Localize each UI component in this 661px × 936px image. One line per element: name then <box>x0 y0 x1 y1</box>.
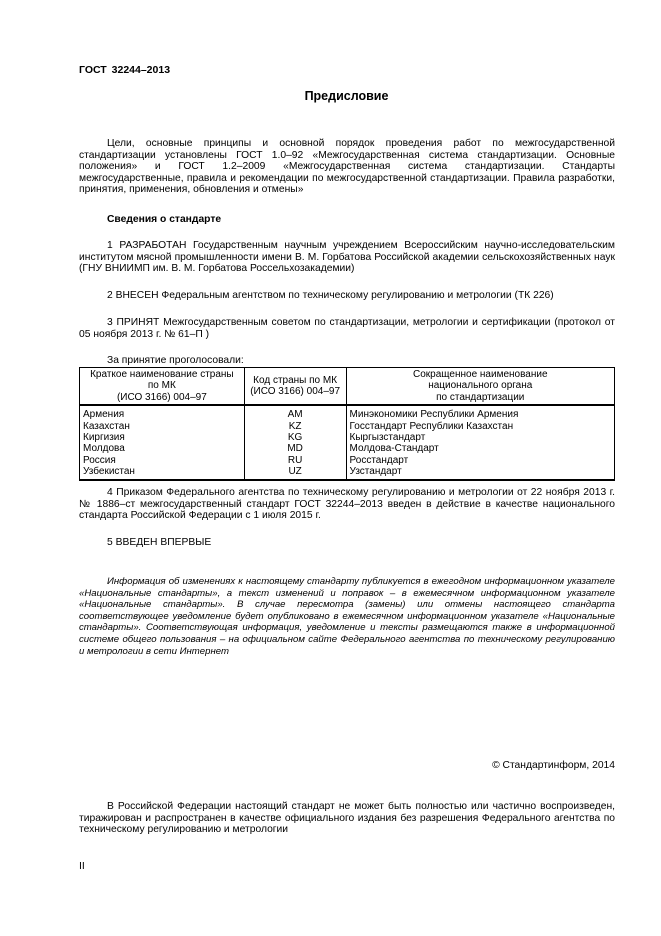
cell-body: Минэкономики Республики Армения <box>346 405 614 420</box>
header-body: Сокращенное наименование национального о… <box>346 368 614 406</box>
page-title: Предисловие <box>0 89 661 103</box>
cell-body: Госстандарт Республики Казахстан <box>346 421 614 432</box>
cell-code: RU <box>244 455 346 466</box>
header-code: Код страны по МК (ИСО 3166) 004–97 <box>244 368 346 406</box>
reproduction-notice: В Российской Федерации настоящий стандар… <box>79 801 615 836</box>
voted-label: За принятие проголосовали: <box>79 355 615 367</box>
cell-code: MD <box>244 443 346 454</box>
cell-code: UZ <box>244 466 346 479</box>
cell-code: AM <box>244 405 346 420</box>
copyright: © Стандартинформ, 2014 <box>79 760 615 772</box>
item-introduced: 2 ВНЕСЕН Федеральным агентством по техни… <box>79 290 615 302</box>
cell-body: Молдова-Стандарт <box>346 443 614 454</box>
item-order: 4 Приказом Федерального агентства по тех… <box>79 487 615 522</box>
table-row: Молдова MD Молдова-Стандарт <box>80 443 615 454</box>
cell-country: Россия <box>80 455 245 466</box>
table-row: Казахстан KZ Госстандарт Республики Каза… <box>80 421 615 432</box>
vote-table: Краткое наименование страны по МК (ИСО 3… <box>79 367 615 481</box>
table-row: Киргизия KG Кыргызстандарт <box>80 432 615 443</box>
table-row: Узбекистан UZ Узстандарт <box>80 466 615 479</box>
cell-code: KG <box>244 432 346 443</box>
cell-country: Армения <box>80 405 245 420</box>
header-country: Краткое наименование страны по МК (ИСО 3… <box>80 368 245 406</box>
cell-country: Казахстан <box>80 421 245 432</box>
cell-code: KZ <box>244 421 346 432</box>
cell-body: Кыргызстандарт <box>346 432 614 443</box>
table-row: Армения AM Минэкономики Республики Армен… <box>80 405 615 420</box>
document-code: ГОСТ 32244–2013 <box>79 64 170 76</box>
cell-country: Молдова <box>80 443 245 454</box>
page-number: II <box>79 860 85 872</box>
cell-country: Узбекистан <box>80 466 245 479</box>
item-developed: 1 РАЗРАБОТАН Государственным научным учр… <box>79 240 615 275</box>
section-heading: Сведения о стандарте <box>79 214 615 226</box>
cell-country: Киргизия <box>80 432 245 443</box>
amendments-notice: Информация об изменениях к настоящему ст… <box>79 576 615 657</box>
table-header-row: Краткое наименование страны по МК (ИСО 3… <box>80 368 615 406</box>
item-adopted: 3 ПРИНЯТ Межгосударственным советом по с… <box>79 317 615 340</box>
table-row: Россия RU Росстандарт <box>80 455 615 466</box>
intro-paragraph: Цели, основные принципы и основной поряд… <box>79 138 615 196</box>
item-first-time: 5 ВВЕДЕН ВПЕРВЫЕ <box>79 537 615 549</box>
cell-body: Росстандарт <box>346 455 614 466</box>
cell-body: Узстандарт <box>346 466 614 479</box>
